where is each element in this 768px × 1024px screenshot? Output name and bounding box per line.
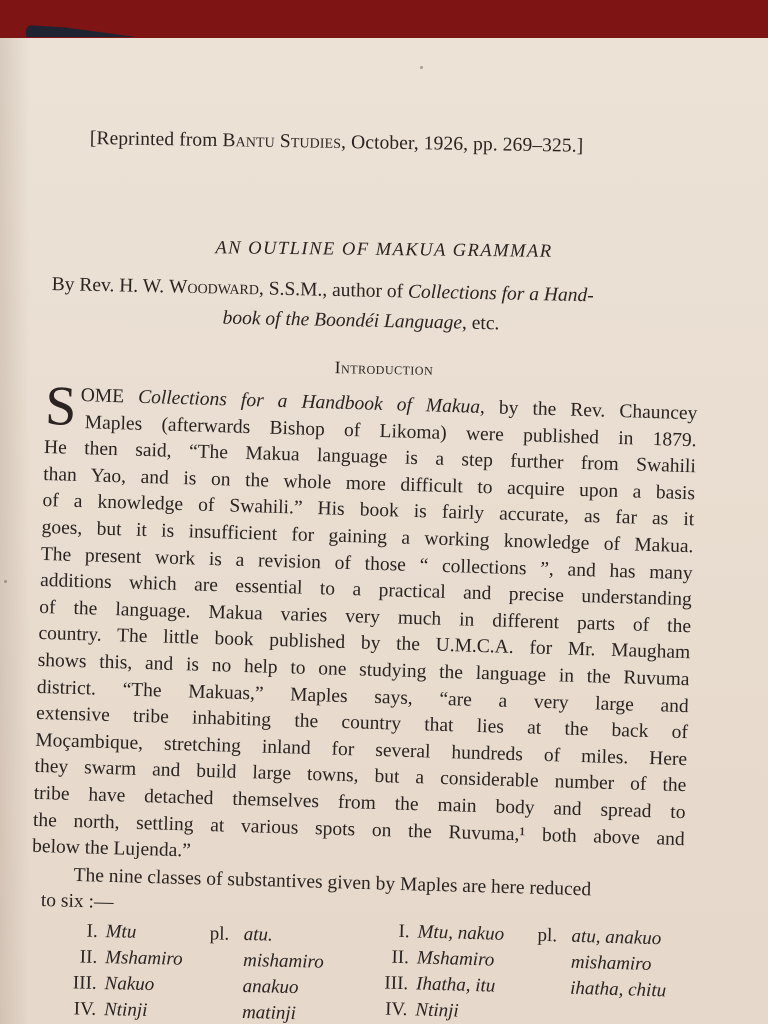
class-singular: Ihatha, itu [416,971,537,1000]
class-plural: ihatha, chitu [570,976,667,1005]
author-name: Woodward [169,276,259,299]
class-number: I. [53,918,98,945]
class-number: II. [365,944,410,971]
byline-mid: , S.S.M., author of [259,278,408,302]
plural-label [208,991,242,992]
class-singular: Mtu, nakuo [417,919,538,948]
byline-suffix: , etc. [462,313,500,335]
plural-label: pl. [209,921,244,948]
prior-work-title: Collections for a Hand- [408,281,594,306]
page-gutter-shadow [0,38,30,1024]
class-singular: Mshamiro [105,945,210,973]
class-plural: mishamiro [570,950,651,978]
class-number: I. [365,918,410,945]
plural-label: pl. [537,923,572,950]
class-number: IV. [52,996,97,1023]
class-plural: atu. [243,922,273,949]
class-number: IV. [363,996,408,1023]
maples-classes-list: I. Mtu pl. atu. II. Mshamiro mishamiro I… [52,918,325,1024]
plural-label [536,993,570,994]
class-singular: Mshamiro [417,945,538,974]
prior-work-title-cont: book of the Boondéi Language [222,308,462,334]
class-singular: Mtu [105,919,210,947]
paper-speck [4,580,7,583]
book-cover-edge [0,0,768,38]
byline-prefix: By Rev. H. W. [51,274,169,297]
drop-cap: S [45,384,77,429]
paper-speck [420,66,423,69]
class-number: III. [364,970,409,997]
reprint-prefix: [Reprinted from [90,128,223,151]
text-run: , by the Rev. Chauncey [480,397,698,424]
text-run: OME [80,385,138,408]
class-number: III. [52,970,97,997]
class-plural: anakuo [242,974,298,1001]
class-number: II. [53,944,98,971]
class-singular: Nakuo [104,971,209,999]
class-singular: Ntinji [415,997,536,1024]
class-row: IV. Ntinji matinji [52,996,323,1024]
introduction-paragraph: S OME Collections for a Handbook of Maku… [32,382,698,880]
class-plural: mishamiro [243,948,324,976]
class-plural: matinji [242,1000,296,1024]
plural-label [537,967,571,968]
journal-name: Bantu Studies [222,130,341,153]
reprint-suffix: , October, 1926, pp. 269–325.] [341,132,583,157]
plural-label [208,1017,242,1018]
reduced-classes-list: I. Mtu, nakuo pl. atu, anakuo II. Mshami… [363,918,668,1024]
plural-label [209,965,243,966]
class-singular: Ntinji [104,997,209,1024]
plural-label [535,1019,569,1020]
class-plural: atu, anakuo [571,924,661,952]
